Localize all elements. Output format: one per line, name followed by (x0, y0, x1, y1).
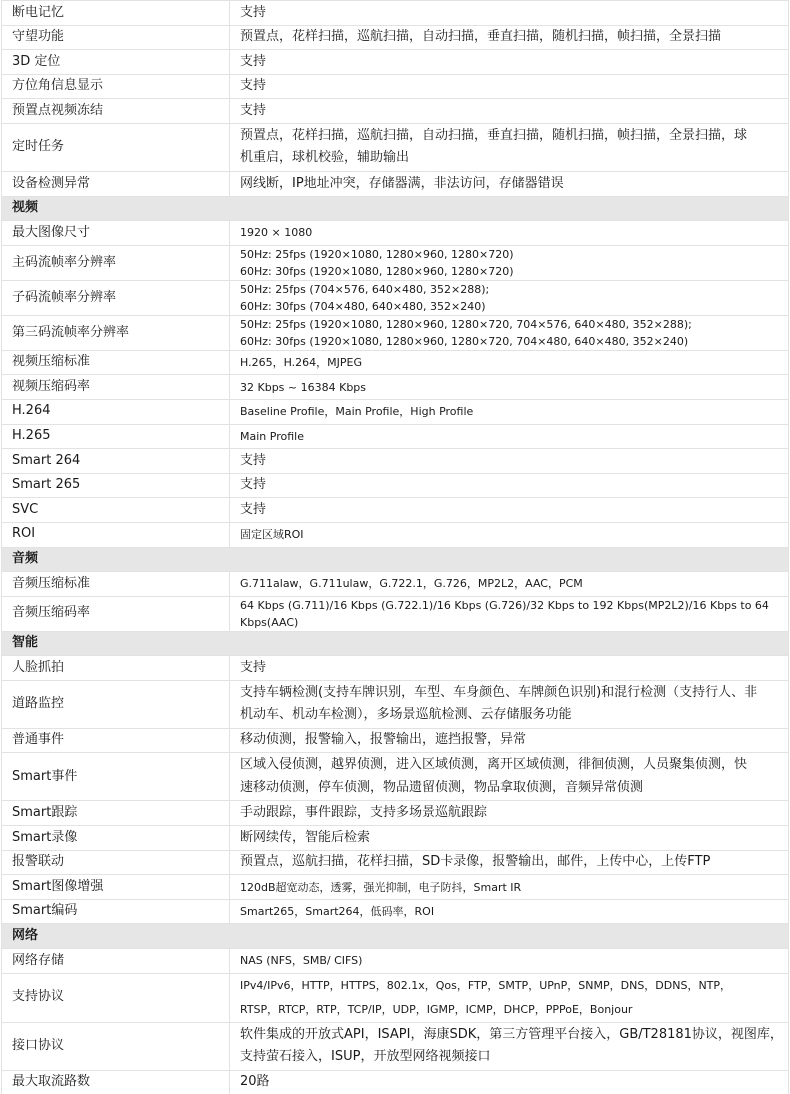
spec-table: 断电记忆 支持 守望功能 预置点，花样扫描，巡航扫描，自动扫描，垂直扫描，随机扫… (1, 0, 789, 1094)
table-row: 接口协议 软件集成的开放式API，ISAPI，海康SDK，第三方管理平台接入，G… (2, 1022, 789, 1070)
spec-value: 支持 (230, 498, 789, 523)
table-row: 最大图像尺寸 1920 × 1080 (2, 221, 789, 246)
table-row: Smart事件 区域入侵侦测，越界侦测，进入区域侦测，离开区域侦测，徘徊侦测，人… (2, 753, 789, 801)
spec-key: 人脸抓拍 (2, 656, 230, 681)
spec-value: Main Profile (230, 424, 789, 449)
spec-key: 3D 定位 (2, 50, 230, 75)
spec-value: 软件集成的开放式API，ISAPI，海康SDK，第三方管理平台接入，GB/T28… (230, 1022, 789, 1070)
spec-value-line: IPv4/IPv6，HTTP，HTTPS，802.1x，Qos，FTP，SMTP… (240, 974, 788, 998)
table-row: 音频压缩标准 G.711alaw，G.711ulaw，G.722.1，G.726… (2, 572, 789, 597)
spec-key: 道路监控 (2, 680, 230, 728)
spec-value: 支持 (230, 99, 789, 124)
spec-value: 支持 (230, 74, 789, 99)
spec-value: 断网续传，智能后检索 (230, 826, 789, 851)
spec-value-line: 60Hz: 30fps (1920×1080, 1280×960, 1280×7… (240, 333, 788, 350)
spec-value: 固定区域ROI (230, 522, 789, 547)
spec-key: 设备检测异常 (2, 171, 230, 196)
table-row: H.265 Main Profile (2, 424, 789, 449)
spec-value: 支持 (230, 1, 789, 26)
spec-key: SVC (2, 498, 230, 523)
table-row: H.264 Baseline Profile，Main Profile，High… (2, 399, 789, 424)
spec-key: ROI (2, 522, 230, 547)
spec-key: Smart 264 (2, 449, 230, 474)
spec-key: 方位角信息显示 (2, 74, 230, 99)
table-row: 人脸抓拍 支持 (2, 656, 789, 681)
spec-key: 预置点视频冻结 (2, 99, 230, 124)
spec-value: 移动侦测，报警输入，报警输出，遮挡报警，异常 (230, 728, 789, 753)
section-title: 视频 (2, 196, 789, 221)
spec-value: Baseline Profile，Main Profile，High Profi… (230, 399, 789, 424)
spec-value: 120dB超宽动态，透雾，强光抑制，电子防抖，Smart IR (230, 875, 789, 900)
spec-value-line: 软件集成的开放式API，ISAPI，海康SDK，第三方管理平台接入，GB/T28… (240, 1024, 788, 1047)
spec-value-line: 64 Kbps (G.711)/16 Kbps (G.722.1)/16 Kbp… (240, 597, 788, 614)
spec-value-line: 支持车辆检测(支持车牌识别，车型、车身颜色、车牌颜色识别)和混行检测（支持行人、… (240, 682, 788, 705)
table-row: 普通事件 移动侦测，报警输入，报警输出，遮挡报警，异常 (2, 728, 789, 753)
spec-value-line: 60Hz: 30fps (1920×1080, 1280×960, 1280×7… (240, 263, 788, 280)
spec-value: 50Hz: 25fps (1920×1080, 1280×960, 1280×7… (230, 245, 789, 280)
spec-value: IPv4/IPv6，HTTP，HTTPS，802.1x，Qos，FTP，SMTP… (230, 973, 789, 1022)
table-row: 音频压缩码率 64 Kbps (G.711)/16 Kbps (G.722.1)… (2, 596, 789, 631)
spec-value-line: Kbps(AAC) (240, 614, 788, 631)
spec-key: 第三码流帧率分辨率 (2, 315, 230, 350)
spec-value: NAS (NFS，SMB/ CIFS) (230, 949, 789, 974)
spec-value-line: 机动车、机动车检测），多场景巡航检测、云存储服务功能 (240, 704, 788, 727)
spec-key: Smart图像增强 (2, 875, 230, 900)
spec-value: 支持 (230, 656, 789, 681)
spec-value: 支持 (230, 50, 789, 75)
table-row: 守望功能 预置点，花样扫描，巡航扫描，自动扫描，垂直扫描，随机扫描，帧扫描，全景… (2, 25, 789, 50)
table-row: 道路监控 支持车辆检测(支持车牌识别，车型、车身颜色、车牌颜色识别)和混行检测（… (2, 680, 789, 728)
section-header-audio: 音频 (2, 547, 789, 572)
table-row: 视频压缩码率 32 Kbps ~ 16384 Kbps (2, 375, 789, 400)
spec-key: H.264 (2, 399, 230, 424)
spec-value: 支持车辆检测(支持车牌识别，车型、车身颜色、车牌颜色识别)和混行检测（支持行人、… (230, 680, 789, 728)
spec-value: 支持 (230, 473, 789, 498)
table-row: 主码流帧率分辨率 50Hz: 25fps (1920×1080, 1280×96… (2, 245, 789, 280)
table-row: 定时任务 预置点，花样扫描，巡航扫描，自动扫描，垂直扫描，随机扫描，帧扫描，全景… (2, 123, 789, 171)
spec-key: Smart录像 (2, 826, 230, 851)
table-row: 预置点视频冻结 支持 (2, 99, 789, 124)
spec-value: 预置点，花样扫描，巡航扫描，自动扫描，垂直扫描，随机扫描，帧扫描，全景扫描，球 … (230, 123, 789, 171)
section-header-network: 网络 (2, 924, 789, 949)
spec-value-line: 支持萤石接入，ISUP，开放型网络视频接口 (240, 1046, 788, 1069)
spec-key: 音频压缩码率 (2, 596, 230, 631)
spec-value: 区域入侵侦测，越界侦测，进入区域侦测，离开区域侦测，徘徊侦测，人员聚集侦测，快 … (230, 753, 789, 801)
table-row: ROI 固定区域ROI (2, 522, 789, 547)
spec-key: 断电记忆 (2, 1, 230, 26)
spec-value: 1920 × 1080 (230, 221, 789, 246)
spec-value: 64 Kbps (G.711)/16 Kbps (G.722.1)/16 Kbp… (230, 596, 789, 631)
table-row: 断电记忆 支持 (2, 1, 789, 26)
section-header-video: 视频 (2, 196, 789, 221)
spec-value-line: 机重启，球机校验，辅助输出 (240, 147, 788, 170)
spec-key: 接口协议 (2, 1022, 230, 1070)
spec-value: 32 Kbps ~ 16384 Kbps (230, 375, 789, 400)
spec-key: Smart事件 (2, 753, 230, 801)
table-row: 设备检测异常 网线断，IP地址冲突，存储器满，非法访问，存储器错误 (2, 171, 789, 196)
spec-key: 守望功能 (2, 25, 230, 50)
spec-key: 报警联动 (2, 850, 230, 875)
table-row: Smart 264 支持 (2, 449, 789, 474)
spec-key: 主码流帧率分辨率 (2, 245, 230, 280)
spec-value-line: 预置点，花样扫描，巡航扫描，自动扫描，垂直扫描，随机扫描，帧扫描，全景扫描，球 (240, 125, 788, 148)
spec-key: 最大图像尺寸 (2, 221, 230, 246)
spec-value-line: 50Hz: 25fps (1920×1080, 1280×960, 1280×7… (240, 316, 788, 333)
spec-value-line: 速移动侦测，停车侦测，物品遗留侦测，物品拿取侦测，音频异常侦测 (240, 777, 788, 800)
table-row: Smart 265 支持 (2, 473, 789, 498)
spec-key: 支持协议 (2, 973, 230, 1022)
table-row: 报警联动 预置点，巡航扫描，花样扫描，SD卡录像，报警输出，邮件，上传中心，上传… (2, 850, 789, 875)
spec-value: 50Hz: 25fps (704×576, 640×480, 352×288);… (230, 280, 789, 315)
spec-value-line: 区域入侵侦测，越界侦测，进入区域侦测，离开区域侦测，徘徊侦测，人员聚集侦测，快 (240, 754, 788, 777)
table-row: 支持协议 IPv4/IPv6，HTTP，HTTPS，802.1x，Qos，FTP… (2, 973, 789, 1022)
table-row: 网络存储 NAS (NFS，SMB/ CIFS) (2, 949, 789, 974)
table-row: 视频压缩标准 H.265，H.264，MJPEG (2, 350, 789, 375)
table-row: 第三码流帧率分辨率 50Hz: 25fps (1920×1080, 1280×9… (2, 315, 789, 350)
spec-value: Smart265，Smart264，低码率，ROI (230, 899, 789, 924)
section-header-smart: 智能 (2, 631, 789, 656)
spec-value-line: RTSP，RTCP，RTP，TCP/IP，UDP，IGMP，ICMP，DHCP，… (240, 998, 788, 1022)
spec-value: 预置点，花样扫描，巡航扫描，自动扫描，垂直扫描，随机扫描，帧扫描，全景扫描 (230, 25, 789, 50)
section-title: 智能 (2, 631, 789, 656)
spec-value: 手动跟踪，事件跟踪，支持多场景巡航跟踪 (230, 801, 789, 826)
section-title: 音频 (2, 547, 789, 572)
spec-value: 网线断，IP地址冲突，存储器满，非法访问，存储器错误 (230, 171, 789, 196)
spec-key: 视频压缩标准 (2, 350, 230, 375)
table-row: 3D 定位 支持 (2, 50, 789, 75)
spec-value-line: 50Hz: 25fps (704×576, 640×480, 352×288); (240, 281, 788, 298)
table-row: Smart录像 断网续传，智能后检索 (2, 826, 789, 851)
table-row: SVC 支持 (2, 498, 789, 523)
spec-key: 视频压缩码率 (2, 375, 230, 400)
spec-key: 音频压缩标准 (2, 572, 230, 597)
spec-value: G.711alaw，G.711ulaw，G.722.1，G.726，MP2L2，… (230, 572, 789, 597)
spec-key: 最大取流路数 (2, 1070, 230, 1094)
spec-key: 子码流帧率分辨率 (2, 280, 230, 315)
table-row: 子码流帧率分辨率 50Hz: 25fps (704×576, 640×480, … (2, 280, 789, 315)
spec-key: 普通事件 (2, 728, 230, 753)
spec-key: Smart跟踪 (2, 801, 230, 826)
spec-value: 20路 (230, 1070, 789, 1094)
section-title: 网络 (2, 924, 789, 949)
table-row: Smart跟踪 手动跟踪，事件跟踪，支持多场景巡航跟踪 (2, 801, 789, 826)
spec-key: 网络存储 (2, 949, 230, 974)
spec-key: 定时任务 (2, 123, 230, 171)
spec-key: Smart 265 (2, 473, 230, 498)
spec-value: 支持 (230, 449, 789, 474)
table-row: Smart图像增强 120dB超宽动态，透雾，强光抑制，电子防抖，Smart I… (2, 875, 789, 900)
table-row: 最大取流路数 20路 (2, 1070, 789, 1094)
table-row: Smart编码 Smart265，Smart264，低码率，ROI (2, 899, 789, 924)
table-row: 方位角信息显示 支持 (2, 74, 789, 99)
spec-key: Smart编码 (2, 899, 230, 924)
spec-value: 预置点，巡航扫描，花样扫描，SD卡录像，报警输出，邮件，上传中心，上传FTP (230, 850, 789, 875)
spec-value-line: 60Hz: 30fps (704×480, 640×480, 352×240) (240, 298, 788, 315)
spec-key: H.265 (2, 424, 230, 449)
spec-value-line: 50Hz: 25fps (1920×1080, 1280×960, 1280×7… (240, 246, 788, 263)
spec-value: 50Hz: 25fps (1920×1080, 1280×960, 1280×7… (230, 315, 789, 350)
spec-value: H.265，H.264，MJPEG (230, 350, 789, 375)
